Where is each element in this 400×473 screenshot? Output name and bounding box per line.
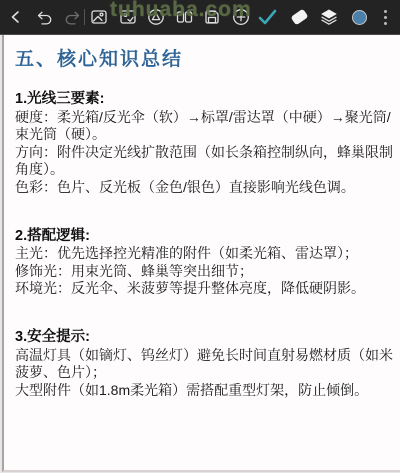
section-line: 主光：优先选择控光精准的附件（如柔光箱、雷达罩）； bbox=[15, 245, 396, 263]
undo-icon bbox=[34, 8, 54, 26]
confirm-button[interactable] bbox=[256, 6, 278, 28]
redo-icon bbox=[63, 8, 83, 26]
layers-icon bbox=[319, 7, 339, 27]
add-page-button[interactable] bbox=[230, 6, 252, 28]
insert-image-icon bbox=[90, 8, 108, 26]
section-safety-tips: 3.安全提示: 高温灯具（如镝灯、钨丝灯）避免长时间直射易燃材质（如米菠萝、色片… bbox=[15, 329, 396, 399]
back-icon bbox=[7, 8, 25, 26]
section-heading: 3.安全提示: bbox=[15, 329, 396, 347]
note-page[interactable]: 五、核心知识总结 1.光线三要素: 硬度：柔光箱/反光伞（软）→标罩/雷达罩（中… bbox=[2, 35, 400, 472]
eraser-button[interactable] bbox=[288, 6, 310, 28]
section-heading: 2.搭配逻辑: bbox=[15, 228, 396, 246]
eraser-icon bbox=[290, 9, 308, 26]
section-line: 大型附件（如1.8m柔光箱）需搭配重型灯架，防止倾倒。 bbox=[15, 382, 396, 400]
section-line: 硬度：柔光箱/反光伞（软）→标罩/雷达罩（中硬）→聚光筒/束光筒（硬）。 bbox=[15, 109, 396, 144]
add-icon bbox=[231, 7, 251, 27]
color-circle-icon bbox=[352, 10, 367, 25]
section-line: 方向：附件决定光线扩散范围（如长条箱控制纵向，蜂巢限制角度）。 bbox=[15, 144, 396, 179]
toolbar-divider bbox=[84, 9, 85, 25]
color-button[interactable] bbox=[348, 6, 370, 28]
section-line: 色彩：色片、反光板（金色/银色）直接影响光线色调。 bbox=[15, 179, 396, 197]
section-line: 高温灯具（如镝灯、钨丝灯）避免长时间直射易燃材质（如米菠萝、色片）； bbox=[15, 347, 396, 382]
insert-image-button[interactable] bbox=[88, 6, 110, 28]
toolbar: tuhuaba.com bbox=[0, 0, 400, 35]
section-line: 环境光：反光伞、米菠萝等提升整体亮度，降低硬阴影。 bbox=[15, 280, 396, 298]
section-heading: 1.光线三要素: bbox=[15, 91, 396, 109]
pages-icon bbox=[175, 8, 194, 26]
shapes-icon bbox=[146, 7, 166, 27]
shapes-button[interactable] bbox=[145, 6, 167, 28]
section-light-elements: 1.光线三要素: 硬度：柔光箱/反光伞（软）→标罩/雷达罩（中硬）→聚光筒/束光… bbox=[15, 91, 396, 197]
section-pairing-logic: 2.搭配逻辑: 主光：优先选择控光精准的附件（如柔光箱、雷达罩）； 修饰光：用束… bbox=[15, 228, 396, 298]
save-icon bbox=[203, 8, 221, 26]
page-title: 五、核心知识总结 bbox=[15, 44, 396, 71]
undo-button[interactable] bbox=[33, 6, 55, 28]
save-button[interactable] bbox=[201, 6, 223, 28]
insert-photo-button[interactable] bbox=[117, 6, 139, 28]
back-button[interactable] bbox=[5, 6, 27, 28]
redo-button[interactable] bbox=[62, 6, 84, 28]
more-button[interactable] bbox=[374, 6, 396, 28]
section-line: 修饰光：用束光筒、蜂巢等突出细节； bbox=[15, 263, 396, 281]
kebab-menu-icon bbox=[384, 10, 387, 25]
layers-button[interactable] bbox=[318, 6, 340, 28]
pages-button[interactable] bbox=[173, 6, 195, 28]
check-icon bbox=[256, 7, 278, 27]
insert-photo-icon bbox=[119, 8, 137, 26]
